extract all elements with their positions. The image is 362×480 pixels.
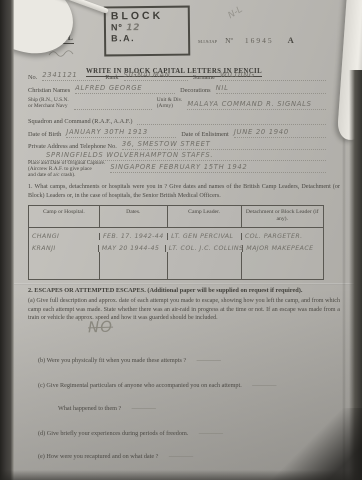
cell-leader: LT. COL. J.C. COLLINS	[166, 245, 244, 252]
handwritten-dash: ————	[196, 356, 220, 364]
rank-label: Rank	[105, 74, 118, 81]
cell-block-leader: COL. PARGETER.	[242, 233, 323, 240]
question-b: (b) Were you physically fit when you mad…	[38, 356, 220, 364]
stamp-number-handwritten: 12	[126, 23, 140, 33]
decorations-label: Decorations	[180, 87, 210, 94]
ship-blank-line	[74, 100, 152, 110]
pencil-annotation: N-L	[226, 5, 244, 21]
christian-names-label: Christian Names	[28, 87, 70, 94]
header-block-leader: Detachment or Block Leader (if any).	[242, 206, 323, 227]
ref-series-letter: A	[288, 35, 294, 45]
header-camp-leader: Camp Leader.	[168, 206, 242, 227]
row-names-decorations: Christian Names ALFRED GEORGE Decoration…	[28, 84, 326, 94]
section2-paragraph-a: (a) Give full description and approx. da…	[28, 297, 340, 323]
row-capture: Place and Date of Original Capture. (Air…	[28, 161, 326, 181]
section1-question: 1. What camps, detachments or hospitals …	[28, 183, 340, 200]
camp-table: Camp or Hospital. Dates. Camp Leader. De…	[28, 205, 324, 280]
question-c2: What happened to them ? ————	[58, 404, 155, 412]
camp-table-header: Camp or Hospital. Dates. Camp Leader. De…	[29, 206, 323, 228]
pencil-squiggle	[48, 50, 74, 58]
date-of-birth-label: Date of Birth	[28, 131, 61, 138]
cell-dates: MAY 20 1944-45	[99, 245, 166, 252]
service-number-value: 2341121	[42, 71, 100, 81]
stamp-no-label: Nº	[111, 22, 123, 32]
confidential-marking: CONFIDENTIAL	[5, 33, 74, 44]
camp-table-row: CHANGI FEB. 17. 1942-44 LT. GEN PERCIVAL…	[29, 228, 323, 240]
camp-table-row: KRANJI MAY 20 1944-45 LT. COL. J.C. COLL…	[29, 240, 323, 252]
stamp-word-ba: B.A.	[111, 33, 183, 44]
rank-value: SIGNALMAN	[124, 71, 188, 81]
section2-heading: 2. ESCAPES OR ATTEMPTED ESCAPES. (Additi…	[28, 287, 340, 294]
cell-camp: KRANJI	[29, 245, 99, 252]
handwritten-dash: ————	[168, 452, 192, 460]
stamp-number-line: Nº 12	[111, 22, 183, 34]
ship-label: Ship (R.N., U.S.N. or Merchant Navy	[28, 98, 69, 110]
capture-label: Place and Date of Original Capture. (Air…	[28, 161, 105, 179]
ref-no-label: Nº	[225, 36, 233, 45]
cell-dates: FEB. 17. 1942-44	[100, 233, 168, 240]
reference-number-line: M.I.9/JAP Nº 16945 A	[198, 35, 294, 45]
decorations-value: NIL	[216, 84, 326, 94]
block-number-stamp: BLOCK Nº 12 B.A.	[104, 6, 191, 57]
handwritten-dash: ————	[252, 381, 276, 389]
cell-block-leader: MAJOR MAKEPEACE	[243, 245, 323, 252]
question-d: (d) Give briefly your experiences during…	[38, 429, 222, 437]
row-ship-unit: Ship (R.N., U.S.N. or Merchant Navy Unit…	[28, 96, 326, 110]
christian-names-value: ALFRED GEORGE	[75, 84, 175, 94]
cell-camp: CHANGI	[29, 233, 100, 240]
row-squadron: Squadron and Command (R.A.F., A.A.F.)	[28, 115, 326, 125]
date-of-birth-value: JANUARY 30TH 1913	[66, 128, 176, 138]
handwritten-dash: ————	[198, 429, 222, 437]
scanned-document-photo: CONFIDENTIAL BLOCK Nº 12 B.A. M.I.9/JAP …	[0, 0, 362, 480]
header-camp: Camp or Hospital.	[29, 206, 100, 227]
question-c: (c) Give Regimental particulars of anyon…	[38, 381, 276, 389]
ref-mi9-label: M.I.9/JAP	[198, 39, 217, 44]
unit-div-label: Unit & Div. (Army)	[157, 98, 183, 110]
squadron-label: Squadron and Command (R.A.F., A.A.F.)	[28, 118, 132, 125]
stamp-word-block: BLOCK	[111, 10, 183, 23]
unit-div-value: MALAYA COMMAND R. SIGNALS	[187, 100, 326, 110]
capture-value: SINGAPORE FEBRUARY 15TH 1942	[110, 163, 326, 173]
enlistment-label: Date of Enlistment	[181, 131, 229, 138]
form-content: CONFIDENTIAL BLOCK Nº 12 B.A. M.I.9/JAP …	[0, 0, 362, 480]
cell-leader: LT. GEN PERCIVAL	[168, 233, 242, 240]
row-address: Private Address and Telephone No. 36, SM…	[28, 140, 326, 150]
handwritten-dash: ————	[131, 404, 155, 412]
enlistment-value: JUNE 20 1940	[234, 128, 326, 138]
address-label: Private Address and Telephone No.	[28, 143, 117, 150]
surname-label: Surname	[193, 74, 215, 81]
address-value-line1: 36, SMESTOW STREET	[122, 140, 326, 150]
handwritten-answer-no: NO	[88, 318, 114, 337]
row-number-rank-surname: No. 2341121 Rank SIGNALMAN Surname WILDI…	[28, 71, 326, 81]
camp-table-empty-row	[29, 252, 323, 279]
surname-value: WILDING	[220, 71, 326, 81]
question-e: (e) How were you recaptured and on what …	[38, 452, 192, 460]
ref-number: 16945	[245, 36, 274, 45]
no-label: No.	[28, 74, 37, 81]
row-birth-enlistment: Date of Birth JANUARY 30TH 1913 Date of …	[28, 128, 326, 138]
header-dates: Dates.	[100, 206, 168, 227]
squadron-blank-line	[137, 115, 326, 125]
